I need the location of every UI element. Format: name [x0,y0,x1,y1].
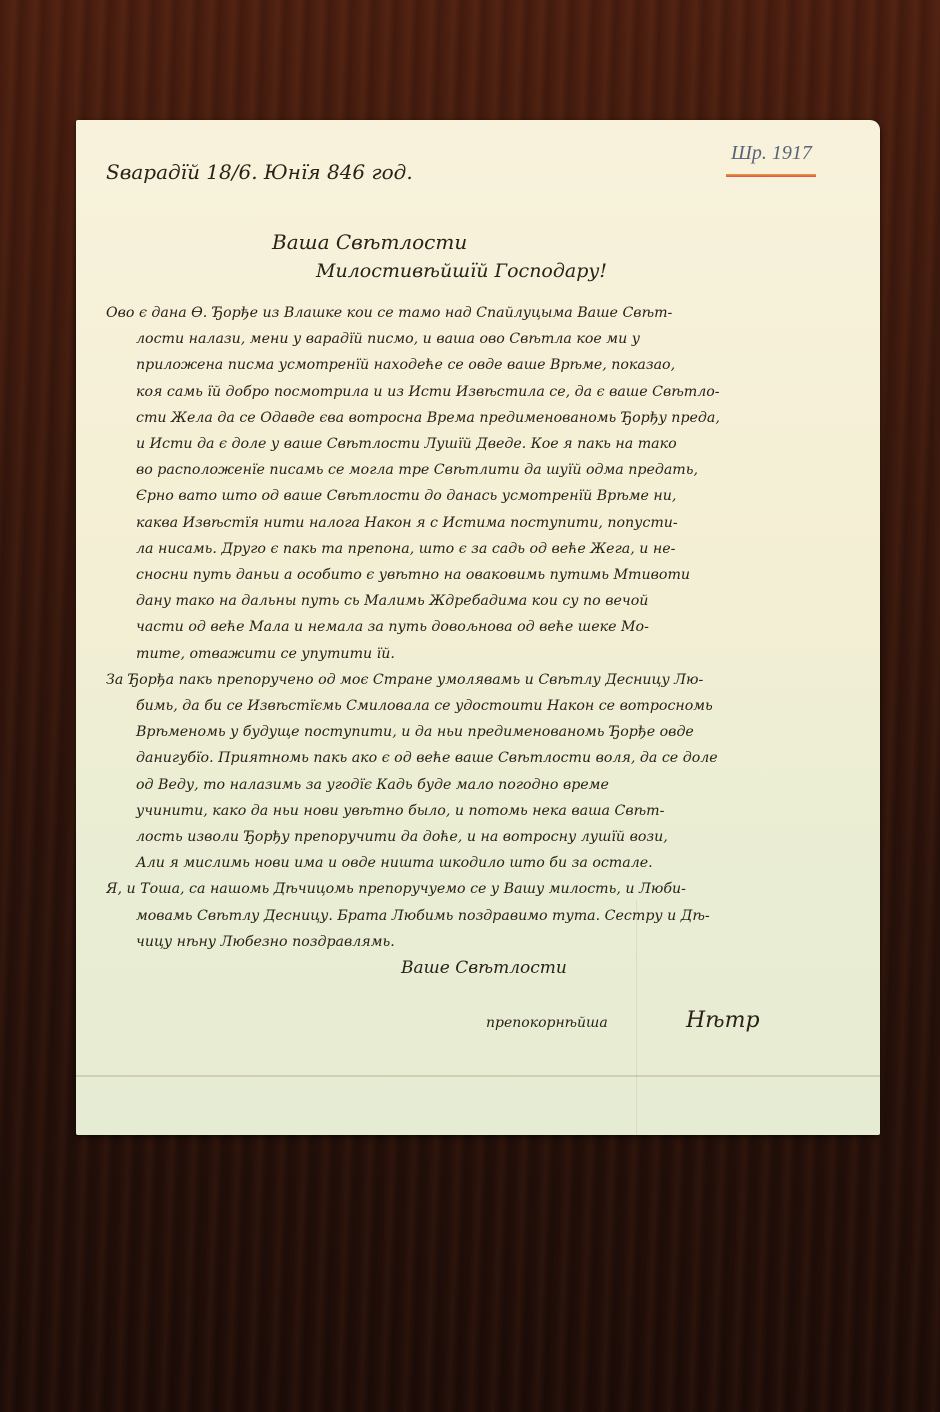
archive-number-underline [726,174,816,177]
body-line: лость изволи Ђорђу препоручити да доће, … [106,824,856,850]
closing-line-1: Ваше Свѣтлости [401,958,567,978]
salutation-line-2: Милостивѣйшїй Господару! [316,260,607,282]
body-line: За Ђорђа пакь препоручено од моє Стране … [106,667,856,693]
body-line: чицу нѣну Любезно поздравлямь. [106,929,856,955]
body-line: мовамь Свѣтлу Десницу. Брата Любимь позд… [106,903,856,929]
salutation-line-1: Ваша Свѣтлости [272,230,467,254]
body-line: Ово є дана Ѳ. Ђорђе из Влашке кои се там… [106,300,856,326]
body-line: учинити, како да ньи нови увѣтно было, и… [106,798,856,824]
body-line: бимь, да би се Извѣстїємь Смиловала се у… [106,693,856,719]
body-line: приложена писма усмотренїй находеће се о… [106,352,856,378]
body-line: од Веду, то налазимь за угодїє Кадь буде… [106,772,856,798]
body-line: Я, и Тоша, са нашомь Дѣчицомь препоручуе… [106,876,856,902]
body-line: сти Жела да се Одавде єва вотросна Врема… [106,405,856,431]
paragraph-1: Ово є дана Ѳ. Ђорђе из Влашке кои се там… [106,300,856,667]
body-line: и Исти да є доле у ваше Свѣтлости Лушїй … [106,431,856,457]
archive-number: Шр. 1917 [731,142,812,165]
letter-body: Ово є дана Ѳ. Ђорђе из Влашке кои се там… [106,300,856,955]
letter-sheet: Ѕварадїй 18/6. Юнїя 846 год. Шр. 1917 Ва… [76,120,880,1135]
paragraph-2: За Ђорђа пакь препоручено од моє Стране … [106,667,856,877]
signature: Нѣтр [686,1008,760,1033]
body-line: коя самь їй добро посмотрила и из Исти И… [106,379,856,405]
body-line: данигубїо. Приятномь пакь ако є од веће … [106,745,856,771]
body-line: дану тако на дальны путь сь Малимь Ждреб… [106,588,856,614]
body-line: части од веће Мала и немала за путь дово… [106,614,856,640]
body-line: сносни путь даньи а особито є увѣтно на … [106,562,856,588]
paragraph-3: Я, и Тоша, са нашомь Дѣчицомь препоручуе… [106,876,856,955]
place-date-header: Ѕварадїй 18/6. Юнїя 846 год. [106,160,413,184]
body-line: каква Извѣстїя нити налога Након я с Ист… [106,510,856,536]
body-line: во расположенїе писамь се могла тре Свѣт… [106,457,856,483]
closing-line-2: препокорнѣйша [486,1015,608,1031]
body-line: тите, отважити се упутити їй. [106,641,856,667]
body-line: лости налази, мени у варадїй писмо, и ва… [106,326,856,352]
body-line: ла нисамь. Друго є пакь та препона, што … [106,536,856,562]
body-line: Єрно вато што од ваше Свѣтлости до данас… [106,483,856,509]
body-line: Врѣменомь у будуще поступити, и да ньи п… [106,719,856,745]
body-line: Али я мислимь нови има и овде ништа шкод… [106,850,856,876]
paper-fold-horizontal [76,1075,880,1077]
